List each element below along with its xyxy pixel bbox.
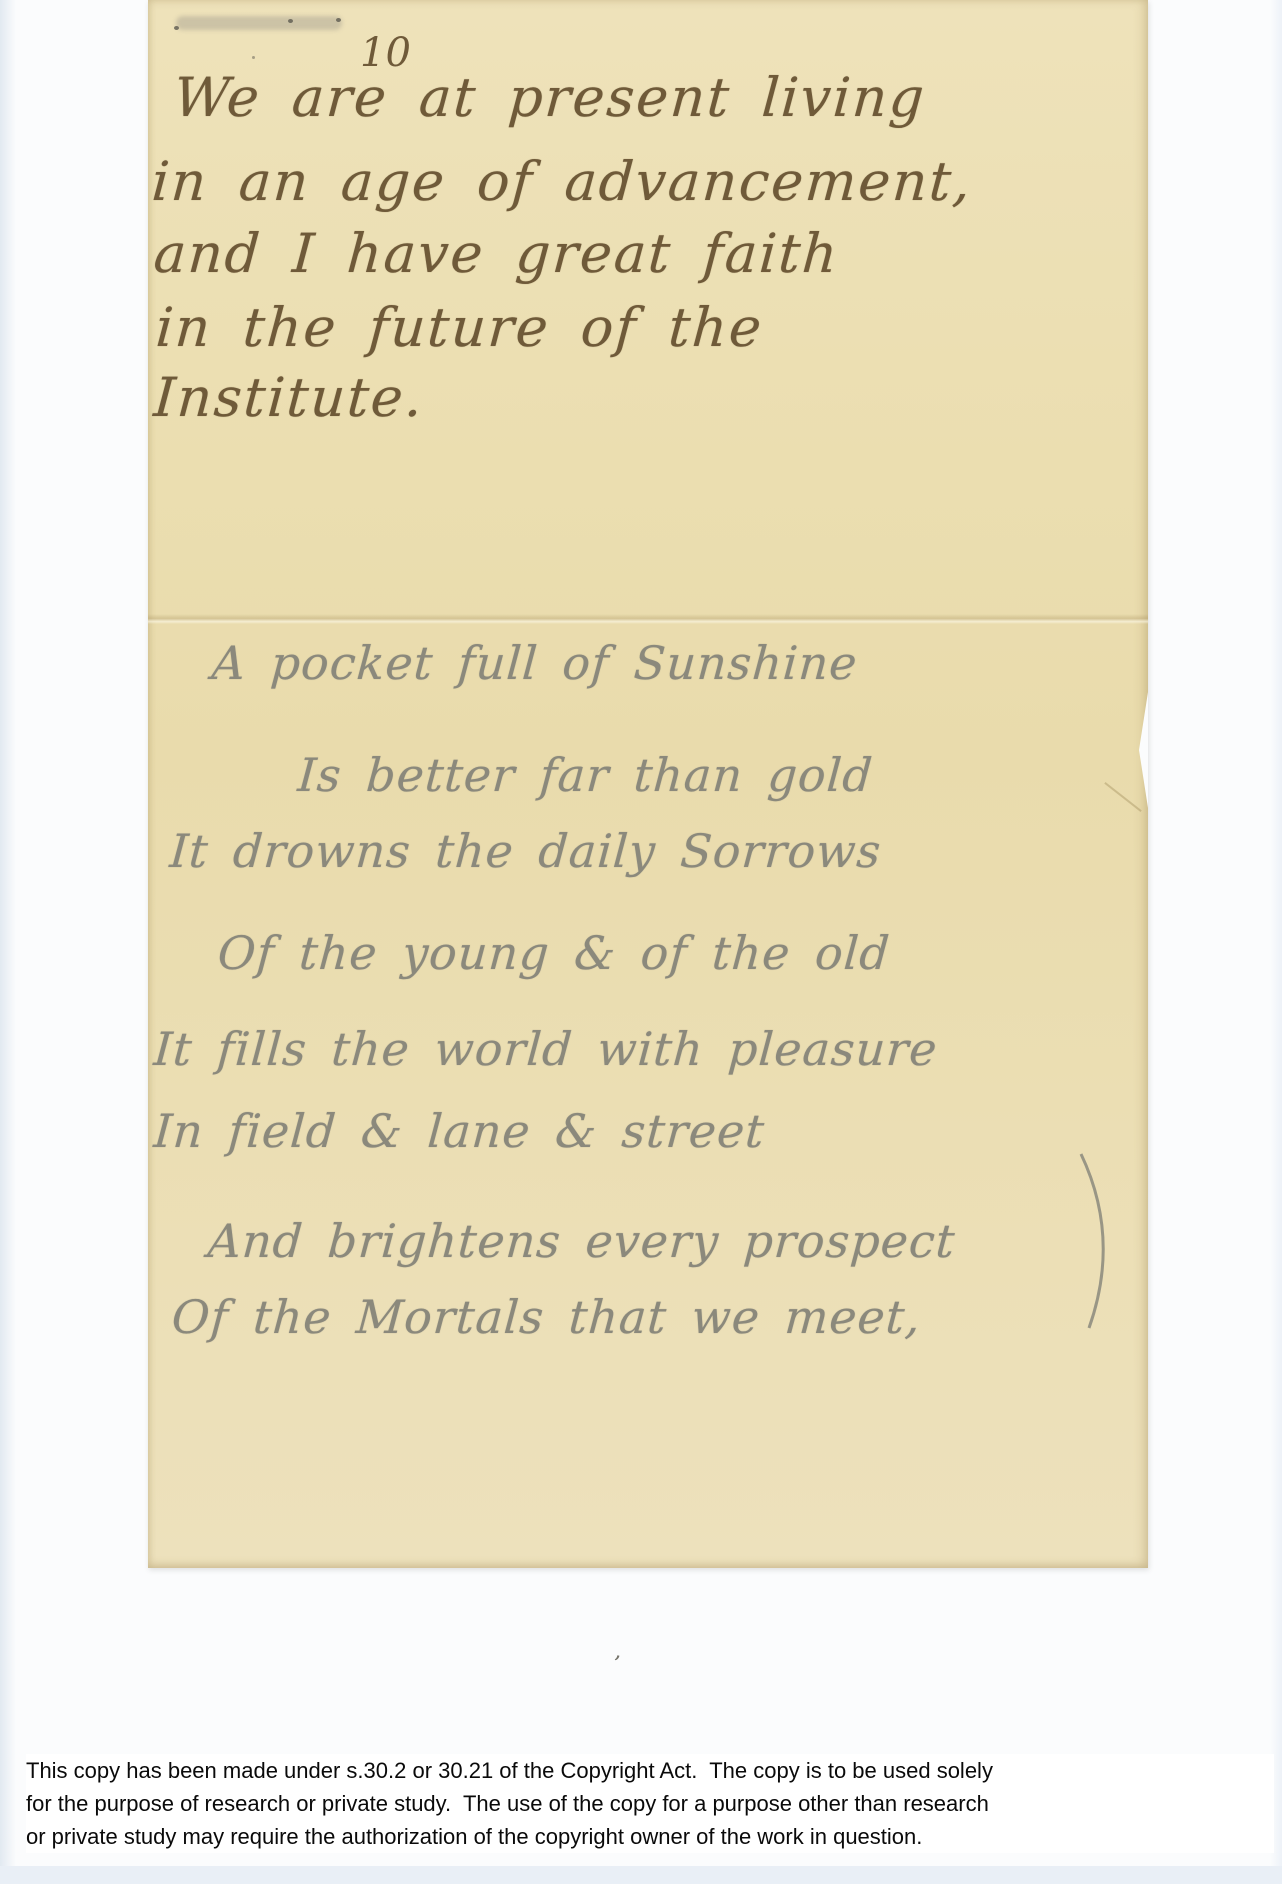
letter-line: and I have great faith	[152, 222, 842, 285]
poem-line: It fills the world with pleasure	[152, 1022, 939, 1076]
poem-line: In field & lane & street	[152, 1104, 767, 1158]
paper-edge-crease	[1104, 782, 1141, 812]
copyright-notice-line: for the purpose of research or private s…	[26, 1787, 1274, 1820]
ink-speck	[252, 56, 255, 59]
scan-edge-shadow-bottom	[0, 1866, 1282, 1884]
poem-line: Of the young & of the old	[216, 926, 892, 980]
copyright-notice-line: or private study may require the authori…	[26, 1820, 1274, 1853]
letter-line: in the future of the	[154, 296, 765, 359]
poem-line: A pocket full of Sunshine	[210, 636, 859, 690]
scan-edge-shadow-right	[1270, 0, 1282, 1884]
paper-edge-notch	[1139, 692, 1148, 808]
poem-line: And brightens every prospect	[206, 1214, 957, 1268]
fold-crease	[148, 614, 1148, 624]
letter-line: We are at present living	[172, 66, 928, 129]
ink-speck	[288, 19, 293, 23]
smudge-mark	[176, 16, 342, 30]
poem-line: It drowns the daily Sorrows	[168, 824, 883, 878]
ink-speck	[174, 26, 179, 30]
copyright-notice-line: This copy has been made under s.30.2 or …	[26, 1754, 1274, 1787]
scan-edge-shadow-left	[0, 0, 16, 1884]
poem-line: Of the Mortals that we meet,	[170, 1290, 923, 1344]
stray-mark: ’	[609, 1652, 622, 1678]
letter-line: in an age of advancement,	[150, 150, 975, 213]
poem-line: Is better far than gold	[296, 748, 875, 802]
scanned-page: 10 We are at present living in an age of…	[148, 0, 1148, 1568]
pencil-parenthesis-mark	[1073, 1150, 1125, 1332]
ink-speck	[336, 18, 341, 22]
letter-line: Institute.	[152, 366, 426, 429]
copyright-notice: This copy has been made under s.30.2 or …	[26, 1754, 1274, 1853]
